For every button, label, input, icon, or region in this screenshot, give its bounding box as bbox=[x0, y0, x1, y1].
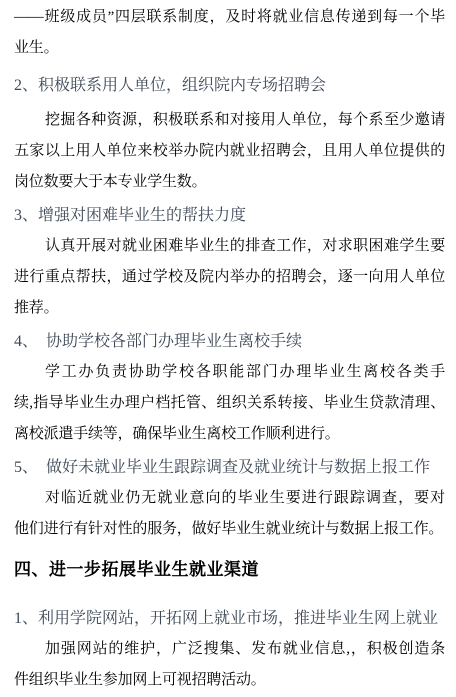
section-heading: 四、进一步拓展毕业生就业渠道 bbox=[14, 557, 445, 583]
paragraph: 认真开展对就业困难毕业生的排查工作，对求职困难学生要 进行重点帮扶，通过学校及院… bbox=[14, 231, 445, 324]
text-line: 推荐。 bbox=[14, 293, 445, 324]
text-line: 他们进行有针对性的服务，做好毕业生就业统计与数据上报工作。 bbox=[14, 514, 445, 545]
subheading-1: 1、利用学院网站，开拓网上就业市场，推进毕业生网上就业 bbox=[14, 603, 445, 634]
text-line: 离校派遣手续等，确保毕业生离校工作顺利进行。 bbox=[14, 419, 445, 450]
text-line: 业生。 bbox=[14, 33, 445, 64]
text-line: ——班级成员”四层联系制度，及时将就业信息传递到每一个毕 bbox=[14, 2, 445, 33]
subheading-2: 2、积极联系用人单位，组织院内专场招聘会 bbox=[14, 70, 445, 101]
text-line: 加强网站的维护，广泛搜集、发布就业信息,，积极创造条 bbox=[14, 634, 445, 665]
text-line: 岗位数要大于本专业学生数。 bbox=[14, 167, 445, 198]
text-line: 认真开展对就业困难毕业生的排查工作，对求职困难学生要 bbox=[14, 231, 445, 262]
paragraph: 挖掘各种资源，积极联系和对接用人单位，每个系至少邀请 五家以上用人单位来校举办院… bbox=[14, 105, 445, 198]
text-line: 件组织毕业生参加网上可视招聘活动。 bbox=[14, 665, 445, 696]
paragraph: 加强网站的维护，广泛搜集、发布就业信息,，积极创造条 件组织毕业生参加网上可视招… bbox=[14, 634, 445, 696]
text-line: 挖掘各种资源，积极联系和对接用人单位，每个系至少邀请 bbox=[14, 105, 445, 136]
subheading-3: 3、增强对困难毕业生的帮扶力度 bbox=[14, 200, 445, 231]
text-line: 五家以上用人单位来校举办院内就业招聘会，且用人单位提供的 bbox=[14, 136, 445, 167]
document-page: ——班级成员”四层联系制度，及时将就业信息传递到每一个毕 业生。 2、积极联系用… bbox=[0, 0, 456, 697]
paragraph: 学工办负责协助学校各职能部门办理毕业生离校各类手 续,指导毕业生办理户档托管、组… bbox=[14, 357, 445, 450]
text-line: 续,指导毕业生办理户档托管、组织关系转接、毕业生贷款清理、 bbox=[14, 388, 445, 419]
text-line: 进行重点帮扶，通过学校及院内举办的招聘会，逐一向用人单位 bbox=[14, 262, 445, 293]
text-line: 学工办负责协助学校各职能部门办理毕业生离校各类手 bbox=[14, 357, 445, 388]
subheading-4: 4、 协助学校各部门办理毕业生离校手续 bbox=[14, 326, 445, 357]
paragraph: ——班级成员”四层联系制度，及时将就业信息传递到每一个毕 业生。 bbox=[14, 2, 445, 64]
paragraph: 对临近就业仍无就业意向的毕业生要进行跟踪调查，要对 他们进行有针对性的服务，做好… bbox=[14, 483, 445, 545]
text-line: 对临近就业仍无就业意向的毕业生要进行跟踪调查，要对 bbox=[14, 483, 445, 514]
subheading-5: 5、 做好未就业毕业生跟踪调查及就业统计与数据上报工作 bbox=[14, 452, 445, 483]
